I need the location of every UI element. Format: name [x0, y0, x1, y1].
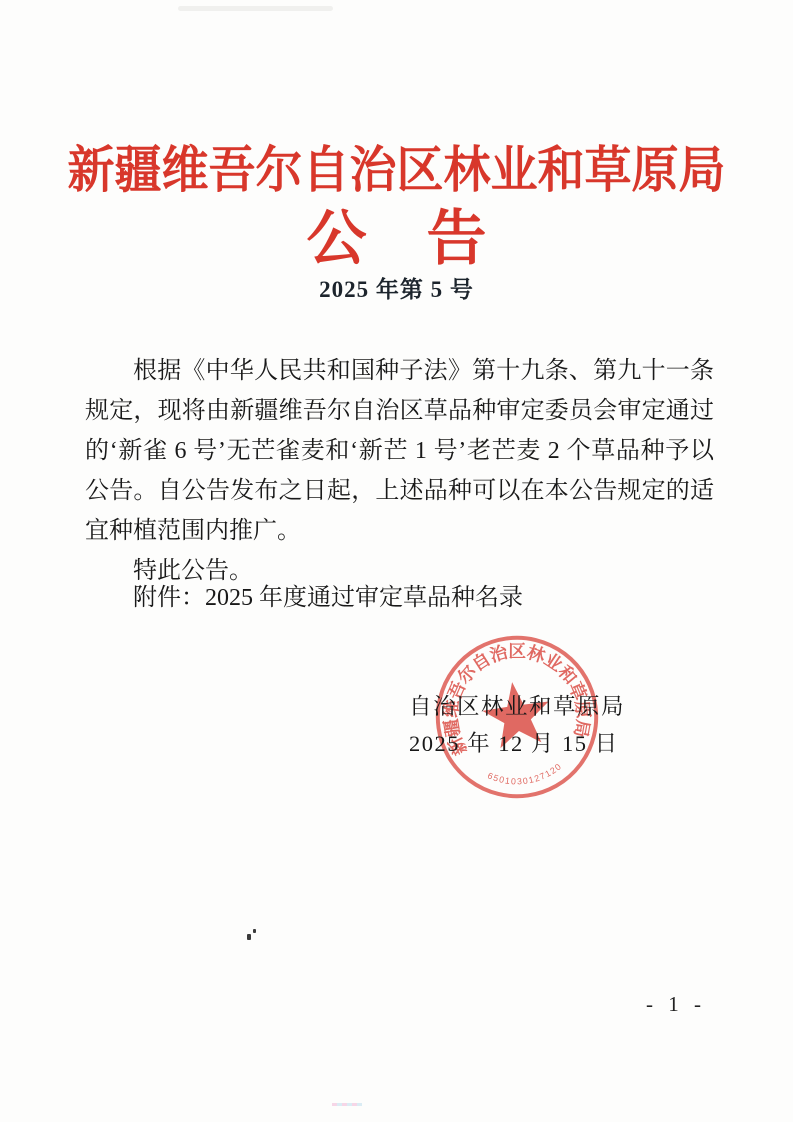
issue-date: 2025 年 12 月 15 日	[409, 725, 625, 762]
announcement-document-page: 新疆维吾尔自治区林业和草原局 公 告 2025 年第 5 号 根据《中华人民共和…	[0, 0, 793, 1122]
body-paragraph: 根据《中华人民共和国种子法》第十九条、第九十一条规定，现将由新疆维吾尔自治区草品…	[85, 351, 714, 551]
signature-block: 自治区林业和草原局 2025 年 12 月 15 日	[409, 688, 625, 762]
issuer-name: 自治区林业和草原局	[409, 688, 625, 725]
doc-type-title: 公 告	[0, 191, 793, 277]
scan-speck	[247, 929, 257, 941]
attachment-line: 附件：2025 年度通过审定草品种名录	[85, 577, 714, 612]
body-text: 根据《中华人民共和国种子法》第十九条、第九十一条规定，现将由新疆维吾尔自治区草品…	[85, 351, 714, 591]
scan-smudge	[178, 6, 333, 11]
scan-artifact	[332, 1103, 362, 1106]
page-number: - 1 -	[646, 992, 706, 1017]
issue-number: 2025 年第 5 号	[0, 271, 793, 304]
